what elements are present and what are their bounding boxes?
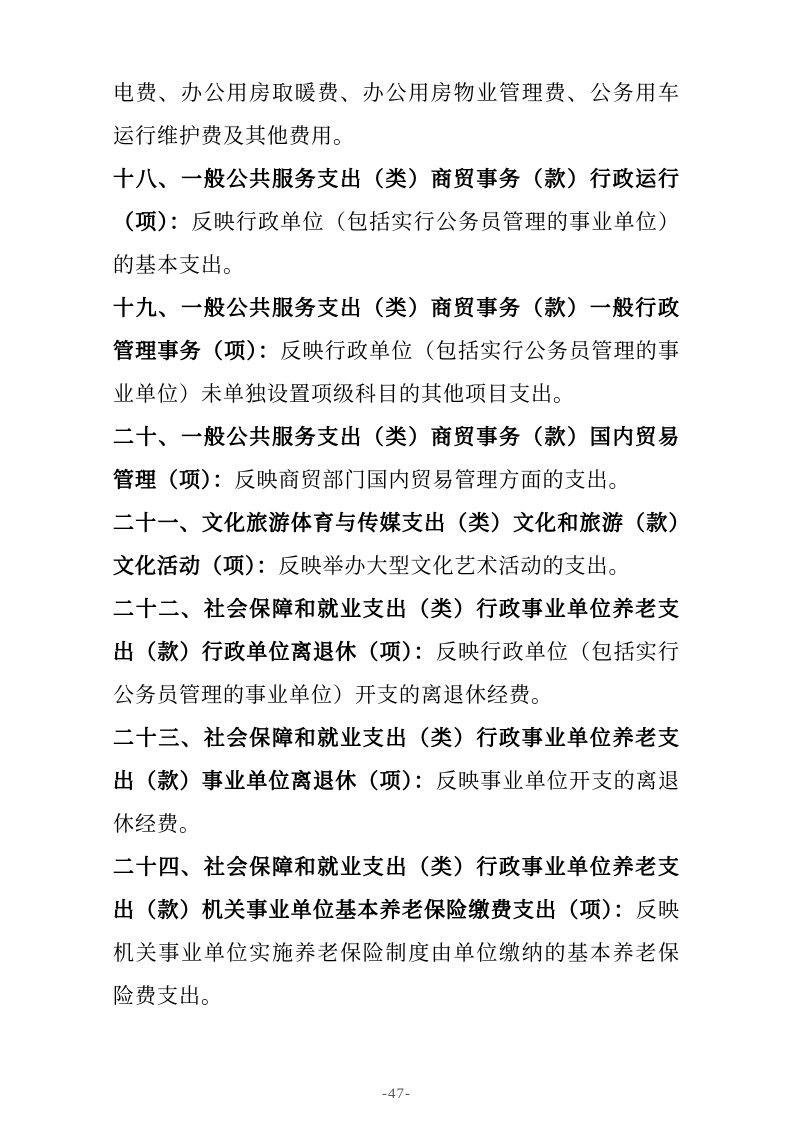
paragraph-text: 反映举办大型文化艺术活动的支出。	[279, 554, 631, 578]
paragraph-item-21: 二十一、文化旅游体育与传媒支出（类）文化和旅游（款）文化活动（项）：反映举办大型…	[113, 502, 680, 588]
document-body: 电费、办公用房取暖费、办公用房物业管理费、公务用车运行维护费及其他费用。 十八、…	[113, 72, 680, 1018]
paragraph-text: 反映行政单位（包括实行公务员管理的事业单位）的基本支出。	[113, 210, 680, 277]
document-page: 电费、办公用房取暖费、办公用房物业管理费、公务用车运行维护费及其他费用。 十八、…	[0, 0, 793, 1122]
paragraph-text: 电费、办公用房取暖费、办公用房物业管理费、公务用车运行维护费及其他费用。	[113, 81, 680, 148]
paragraph-item-18: 十八、一般公共服务支出（类）商贸事务（款）行政运行（项）：反映行政单位（包括实行…	[113, 158, 680, 287]
paragraph-item-20: 二十、一般公共服务支出（类）商贸事务（款）国内贸易管理（项）：反映商贸部门国内贸…	[113, 416, 680, 502]
paragraph-item-19: 十九、一般公共服务支出（类）商贸事务（款）一般行政管理事务（项）：反映行政单位（…	[113, 287, 680, 416]
paragraph-item-22: 二十二、社会保障和就业支出（类）行政事业单位养老支出（款）行政单位离退休（项）：…	[113, 588, 680, 717]
paragraph-continuation: 电费、办公用房取暖费、办公用房物业管理费、公务用车运行维护费及其他费用。	[113, 72, 680, 158]
item-heading: 二十四、社会保障和就业支出（类）行政事业单位养老支出（款）机关事业单位基本养老保…	[113, 856, 680, 922]
page-number: -47-	[0, 1086, 793, 1103]
paragraph-item-23: 二十三、社会保障和就业支出（类）行政事业单位养老支出（款）事业单位离退休（项）：…	[113, 717, 680, 846]
paragraph-text: 反映商贸部门国内贸易管理方面的支出。	[235, 468, 631, 492]
paragraph-item-24: 二十四、社会保障和就业支出（类）行政事业单位养老支出（款）机关事业单位基本养老保…	[113, 846, 680, 1018]
